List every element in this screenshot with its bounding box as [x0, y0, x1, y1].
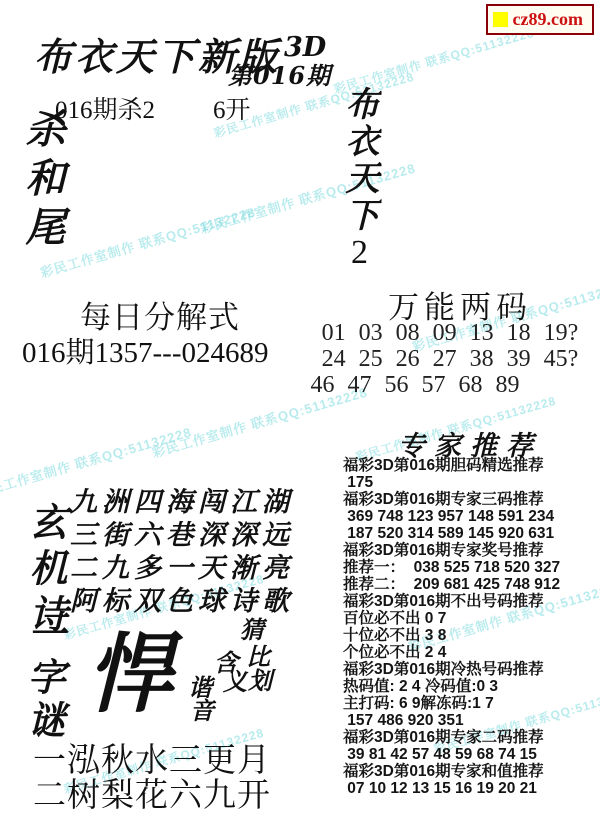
number-row: 24252627383945?: [305, 346, 595, 372]
number-row: 464756576889: [305, 372, 525, 398]
number-cell: 89: [496, 372, 520, 398]
site-badge-url[interactable]: cz89.com: [513, 9, 583, 30]
bottom-verse-line: 二树梨花六九开: [33, 779, 271, 814]
brand-number: 2: [341, 234, 378, 274]
issue-number: 第016期: [228, 56, 331, 91]
universal-two-codes-grid: 01030809131819? 24252627383945? 46475657…: [305, 320, 595, 398]
number-cell: 25: [359, 346, 383, 372]
expert-line: 福彩3D第016期胆码精选推荐: [343, 457, 600, 474]
lottery-sheet: 彩民工作室制作 联系QQ:51132228 彩民工作室制作 联系QQ:51132…: [0, 0, 600, 838]
word-riddle-hint-char: 音: [190, 699, 214, 723]
expert-line: 07 10 12 13 15 16 19 20 21: [343, 780, 600, 797]
expert-line: 福彩3D第016期专家奖号推荐: [343, 542, 600, 559]
kill-line-text: 016期杀2: [55, 90, 155, 126]
watermark-text: 彩民工作室制作 联系QQ:51132228: [198, 158, 418, 238]
expert-line: 主打码: 6 9解冻码:1 7: [343, 695, 600, 712]
word-riddle-hint-char: 猜: [240, 618, 264, 642]
expert-recommendations-list: 福彩3D第016期胆码精选推荐 175福彩3D第016期专家三码推荐 369 7…: [343, 457, 600, 797]
expert-line: 百位必不出 0 7: [343, 610, 600, 627]
number-cell: 39: [507, 346, 531, 372]
word-riddle-hint-char: 义: [223, 670, 247, 694]
watermark-text: 彩民工作室制作 联系QQ:51132228: [38, 202, 258, 282]
kill-line: 016期杀2 6开: [55, 90, 251, 126]
kill-line-open: 6开: [213, 90, 251, 126]
expert-line: 福彩3D第016期冷热号码推荐: [343, 661, 600, 678]
mystery-poem-line: 二九多一天渐亮: [70, 552, 294, 585]
number-row: 01030809131819?: [305, 320, 595, 346]
number-cell: 27: [433, 346, 457, 372]
number-cell: 18: [507, 320, 531, 346]
expert-line: 推荐二： 209 681 425 748 912: [343, 576, 600, 593]
brand-vertical-label: 布衣天下2: [342, 86, 376, 274]
word-riddle-hints: 猜比含划义谐音: [180, 612, 290, 727]
expert-line: 187 520 314 589 145 920 631: [343, 525, 600, 542]
expert-line: 福彩3D第016期不出号码推荐: [343, 593, 600, 610]
word-riddle-hint-char: 划: [248, 669, 272, 693]
number-cell: 01: [322, 320, 346, 346]
number-cell: 47: [348, 372, 372, 398]
word-riddle-vertical-label: 一字谜: [24, 614, 62, 743]
mystery-poem-line: 三街六巷深深远: [70, 519, 294, 552]
number-cell: 24: [322, 346, 346, 372]
mystery-poem-lines: 九洲四海闯江湖三街六巷深深远二九多一天渐亮阿标双色球诗歌: [70, 486, 294, 618]
word-riddle-answer-char: 悍: [86, 632, 172, 718]
expert-line: 十位必不出 3 8: [343, 627, 600, 644]
expert-line: 369 748 123 957 148 591 234: [343, 508, 600, 525]
number-cell: 13: [470, 320, 494, 346]
number-cell: 56: [385, 372, 409, 398]
expert-line: 福彩3D第016期专家三码推荐: [343, 491, 600, 508]
brand-name: 布衣天下: [339, 86, 379, 234]
expert-line: 157 486 920 351: [343, 712, 600, 729]
site-badge[interactable]: cz89.com: [486, 4, 594, 35]
expert-line: 福彩3D第016期专家二码推荐: [343, 729, 600, 746]
number-cell: 08: [396, 320, 420, 346]
number-cell: 57: [422, 372, 446, 398]
number-cell: 03: [359, 320, 383, 346]
expert-line: 推荐一： 038 525 718 520 327: [343, 559, 600, 576]
bottom-verse: 一泓秋水三更月二树梨花六九开: [33, 744, 271, 814]
number-cell: 45?: [544, 346, 579, 372]
expert-line: 福彩3D第016期专家和值推荐: [343, 763, 600, 780]
yellow-square-icon: [493, 12, 508, 27]
mystery-poem-line: 九洲四海闯江湖: [70, 486, 294, 519]
daily-breakdown-formula: 016期1357---024689: [22, 330, 268, 371]
number-cell: 46: [311, 372, 335, 398]
kill-vertical-label: 杀和尾: [22, 108, 62, 255]
number-cell: 68: [459, 372, 483, 398]
expert-line: 热码值: 2 4 冷码值:0 3: [343, 678, 600, 695]
expert-line: 个位必不出 2 4: [343, 644, 600, 661]
expert-line: 175: [343, 474, 600, 491]
number-cell: 26: [396, 346, 420, 372]
bottom-verse-line: 一泓秋水三更月: [33, 744, 271, 779]
number-cell: 38: [470, 346, 494, 372]
number-cell: 19?: [544, 320, 579, 346]
expert-line: 39 81 42 57 48 59 68 74 15: [343, 746, 600, 763]
number-cell: 09: [433, 320, 457, 346]
